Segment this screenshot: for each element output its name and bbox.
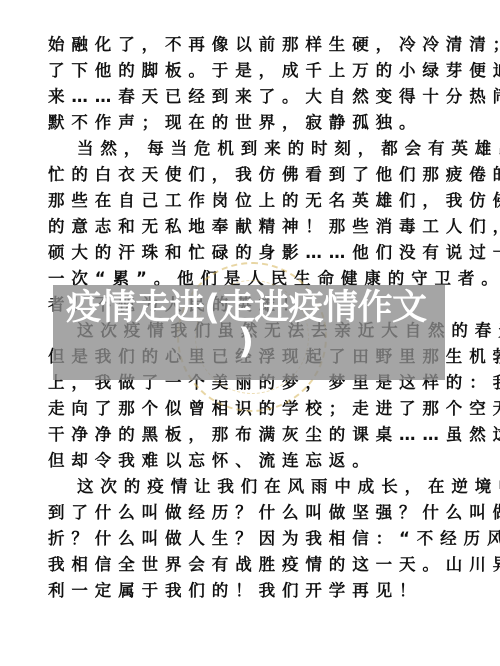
essay-line: 当然，每当危机到来的时刻，都会有英雄出现。那些匆匆忙 bbox=[77, 136, 497, 162]
essay-line: 始融化了，不再像以前那样生硬，冷冷清清；垂柳被一阵春风搔 bbox=[48, 32, 468, 58]
essay-line: 我相信全世界会有战胜疫情的这一天。山川异域、同舟共济。胜 bbox=[48, 552, 468, 578]
essay-line: 但却令我难以忘怀、流连忘返。 bbox=[48, 448, 468, 474]
document-page: 始融化了，不再像以前那样生硬，冷冷清清；垂柳被一阵春风搔了下他的脚板。于是，成千… bbox=[0, 0, 500, 666]
essay-line: 了下他的脚板。于是，成千上万的小绿芽便迫不及待地挖出头 bbox=[48, 58, 468, 84]
essay-line: 那些在自己工作岗位上的无名英雄们，我仿佛看到了他们那坚强 bbox=[48, 188, 468, 214]
essay-line: 利一定属于我们的！我们开学再见！ bbox=[48, 578, 468, 604]
essay-line: 干净净的黑板，那布满灰尘的课桌……虽然这个景象十分普通， bbox=[48, 422, 468, 448]
overlay-title-line2: ) bbox=[66, 325, 446, 359]
essay-line: 默不作声；现在的世界，寂静孤独。 bbox=[48, 110, 468, 136]
essay-line: 到了什么叫做经历？什么叫做坚强？什么叫做困难？什么叫做挫 bbox=[48, 500, 468, 526]
essay-line: 忙的白衣天使们，我仿佛看到了他们那疲倦的身影和坚定的眼神； bbox=[48, 162, 468, 188]
essay-line: 折？什么叫做人生？因为我相信：“不经历风雨，怎能见彩虹”！ bbox=[48, 526, 468, 552]
essay-line: 来……春天已经到来了。大自然变得十分热闹。可是现在的我们。 bbox=[48, 84, 468, 110]
overlay-title: 疫情走进(走进疫情作文 ) bbox=[66, 291, 446, 359]
essay-line: 这次的疫情让我们在风雨中成长，在逆境中成熟。让我体会 bbox=[77, 474, 497, 500]
essay-line: 的意志和无私地奉献精神！那些消毒工人们，我仿佛看到他们那 bbox=[48, 214, 468, 240]
